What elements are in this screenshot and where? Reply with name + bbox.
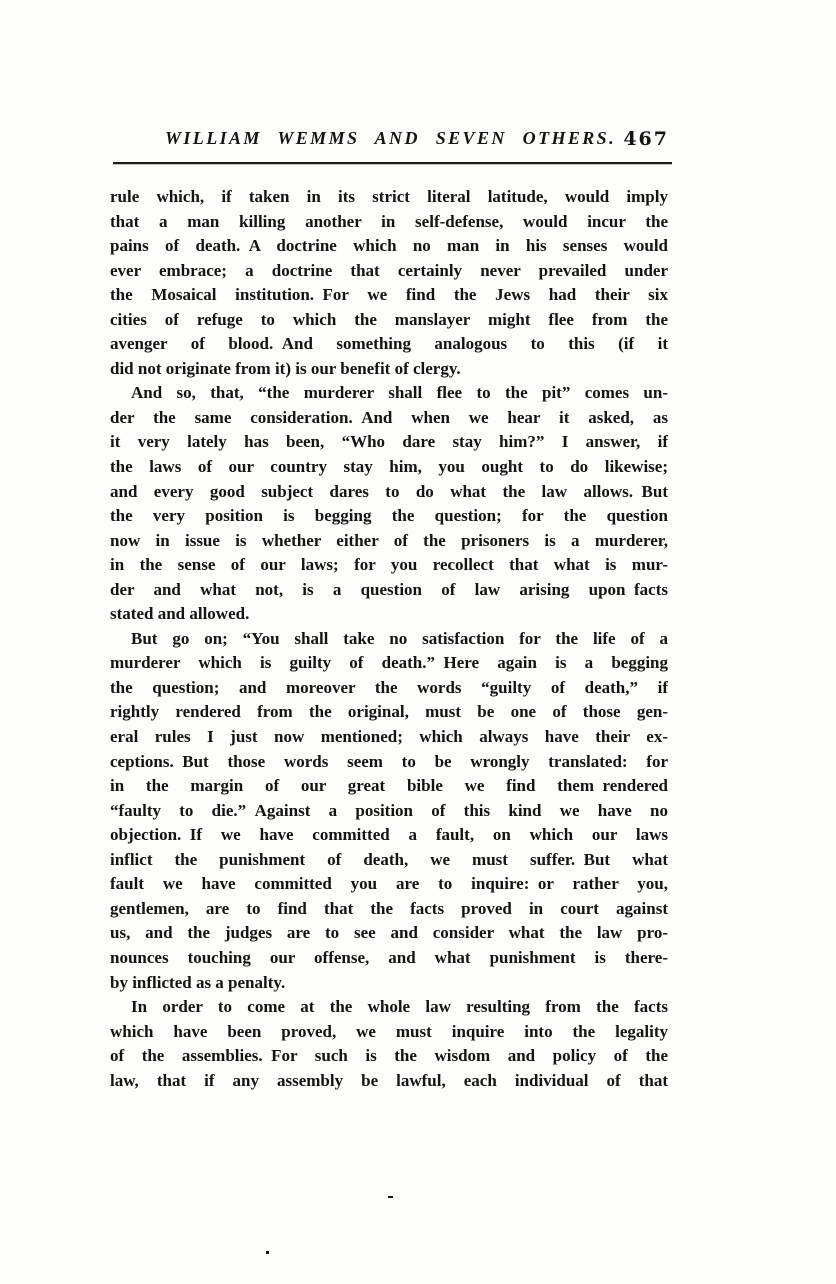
text-line: der and what not, is a question of law a… <box>110 578 668 603</box>
text-line: avenger of blood. And something analogou… <box>110 332 668 357</box>
text-line: stated and allowed. <box>110 602 668 627</box>
text-line: the Mosaical institution. For we find th… <box>110 283 668 308</box>
text-line: by inflicted as a penalty. <box>110 971 668 996</box>
running-header: WILLIAM WEMMS AND SEVEN OTHERS. 467 <box>112 128 669 149</box>
text-line: now in issue is whether either of the pr… <box>110 529 668 554</box>
text-line: rightly rendered from the original, must… <box>110 700 668 725</box>
text-line: cities of refuge to which the manslayer … <box>110 308 668 333</box>
text-line: in the margin of our great bible we find… <box>110 774 668 799</box>
body-text: rule which, if taken in its strict liter… <box>110 185 668 1093</box>
text-line: which have been proved, we must inquire … <box>110 1020 668 1045</box>
text-line: And so, that, “the murderer shall flee t… <box>110 381 668 406</box>
text-line: the question; and moreover the words “gu… <box>110 676 668 701</box>
text-line: us, and the judges are to see and consid… <box>110 921 668 946</box>
text-line: “faulty to die.” Against a position of t… <box>110 799 668 824</box>
text-line: the laws of our country stay him, you ou… <box>110 455 668 480</box>
text-line: rule which, if taken in its strict liter… <box>110 185 668 210</box>
text-line: der the same consideration. And when we … <box>110 406 668 431</box>
text-line: did not originate from it) is our benefi… <box>110 357 668 382</box>
text-line: gentlemen, are to find that the facts pr… <box>110 897 668 922</box>
book-page: WILLIAM WEMMS AND SEVEN OTHERS. 467 rule… <box>0 0 836 1284</box>
text-line: fault we have committed you are to inqui… <box>110 872 668 897</box>
text-line: eral rules I just now mentioned; which a… <box>110 725 668 750</box>
text-line: pains of death. A doctrine which no man … <box>110 234 668 259</box>
text-line: law, that if any assembly be lawful, eac… <box>110 1069 668 1094</box>
text-line: objection. If we have committed a fault,… <box>110 823 668 848</box>
text-line: the very position is begging the questio… <box>110 504 668 529</box>
header-rule <box>113 162 672 164</box>
text-line: that a man killing another in self-defen… <box>110 210 668 235</box>
text-line: of the assemblies. For such is the wisdo… <box>110 1044 668 1069</box>
page-number: 467 <box>623 128 669 150</box>
text-line: murderer which is guilty of death.” Here… <box>110 651 668 676</box>
scan-speck <box>388 1196 393 1198</box>
text-line: and every good subject dares to do what … <box>110 480 668 505</box>
text-line: In order to come at the whole law result… <box>110 995 668 1020</box>
text-line: But go on; “You shall take no satisfacti… <box>110 627 668 652</box>
running-title: WILLIAM WEMMS AND SEVEN OTHERS. <box>165 128 616 148</box>
scan-speck <box>266 1251 269 1254</box>
text-line: nounces touching our offense, and what p… <box>110 946 668 971</box>
text-line: it very lately has been, “Who dare stay … <box>110 430 668 455</box>
text-line: ceptions. But those words seem to be wro… <box>110 750 668 775</box>
text-line: inflict the punishment of death, we must… <box>110 848 668 873</box>
text-line: ever embrace; a doctrine that certainly … <box>110 259 668 284</box>
text-line: in the sense of our laws; for you recoll… <box>110 553 668 578</box>
